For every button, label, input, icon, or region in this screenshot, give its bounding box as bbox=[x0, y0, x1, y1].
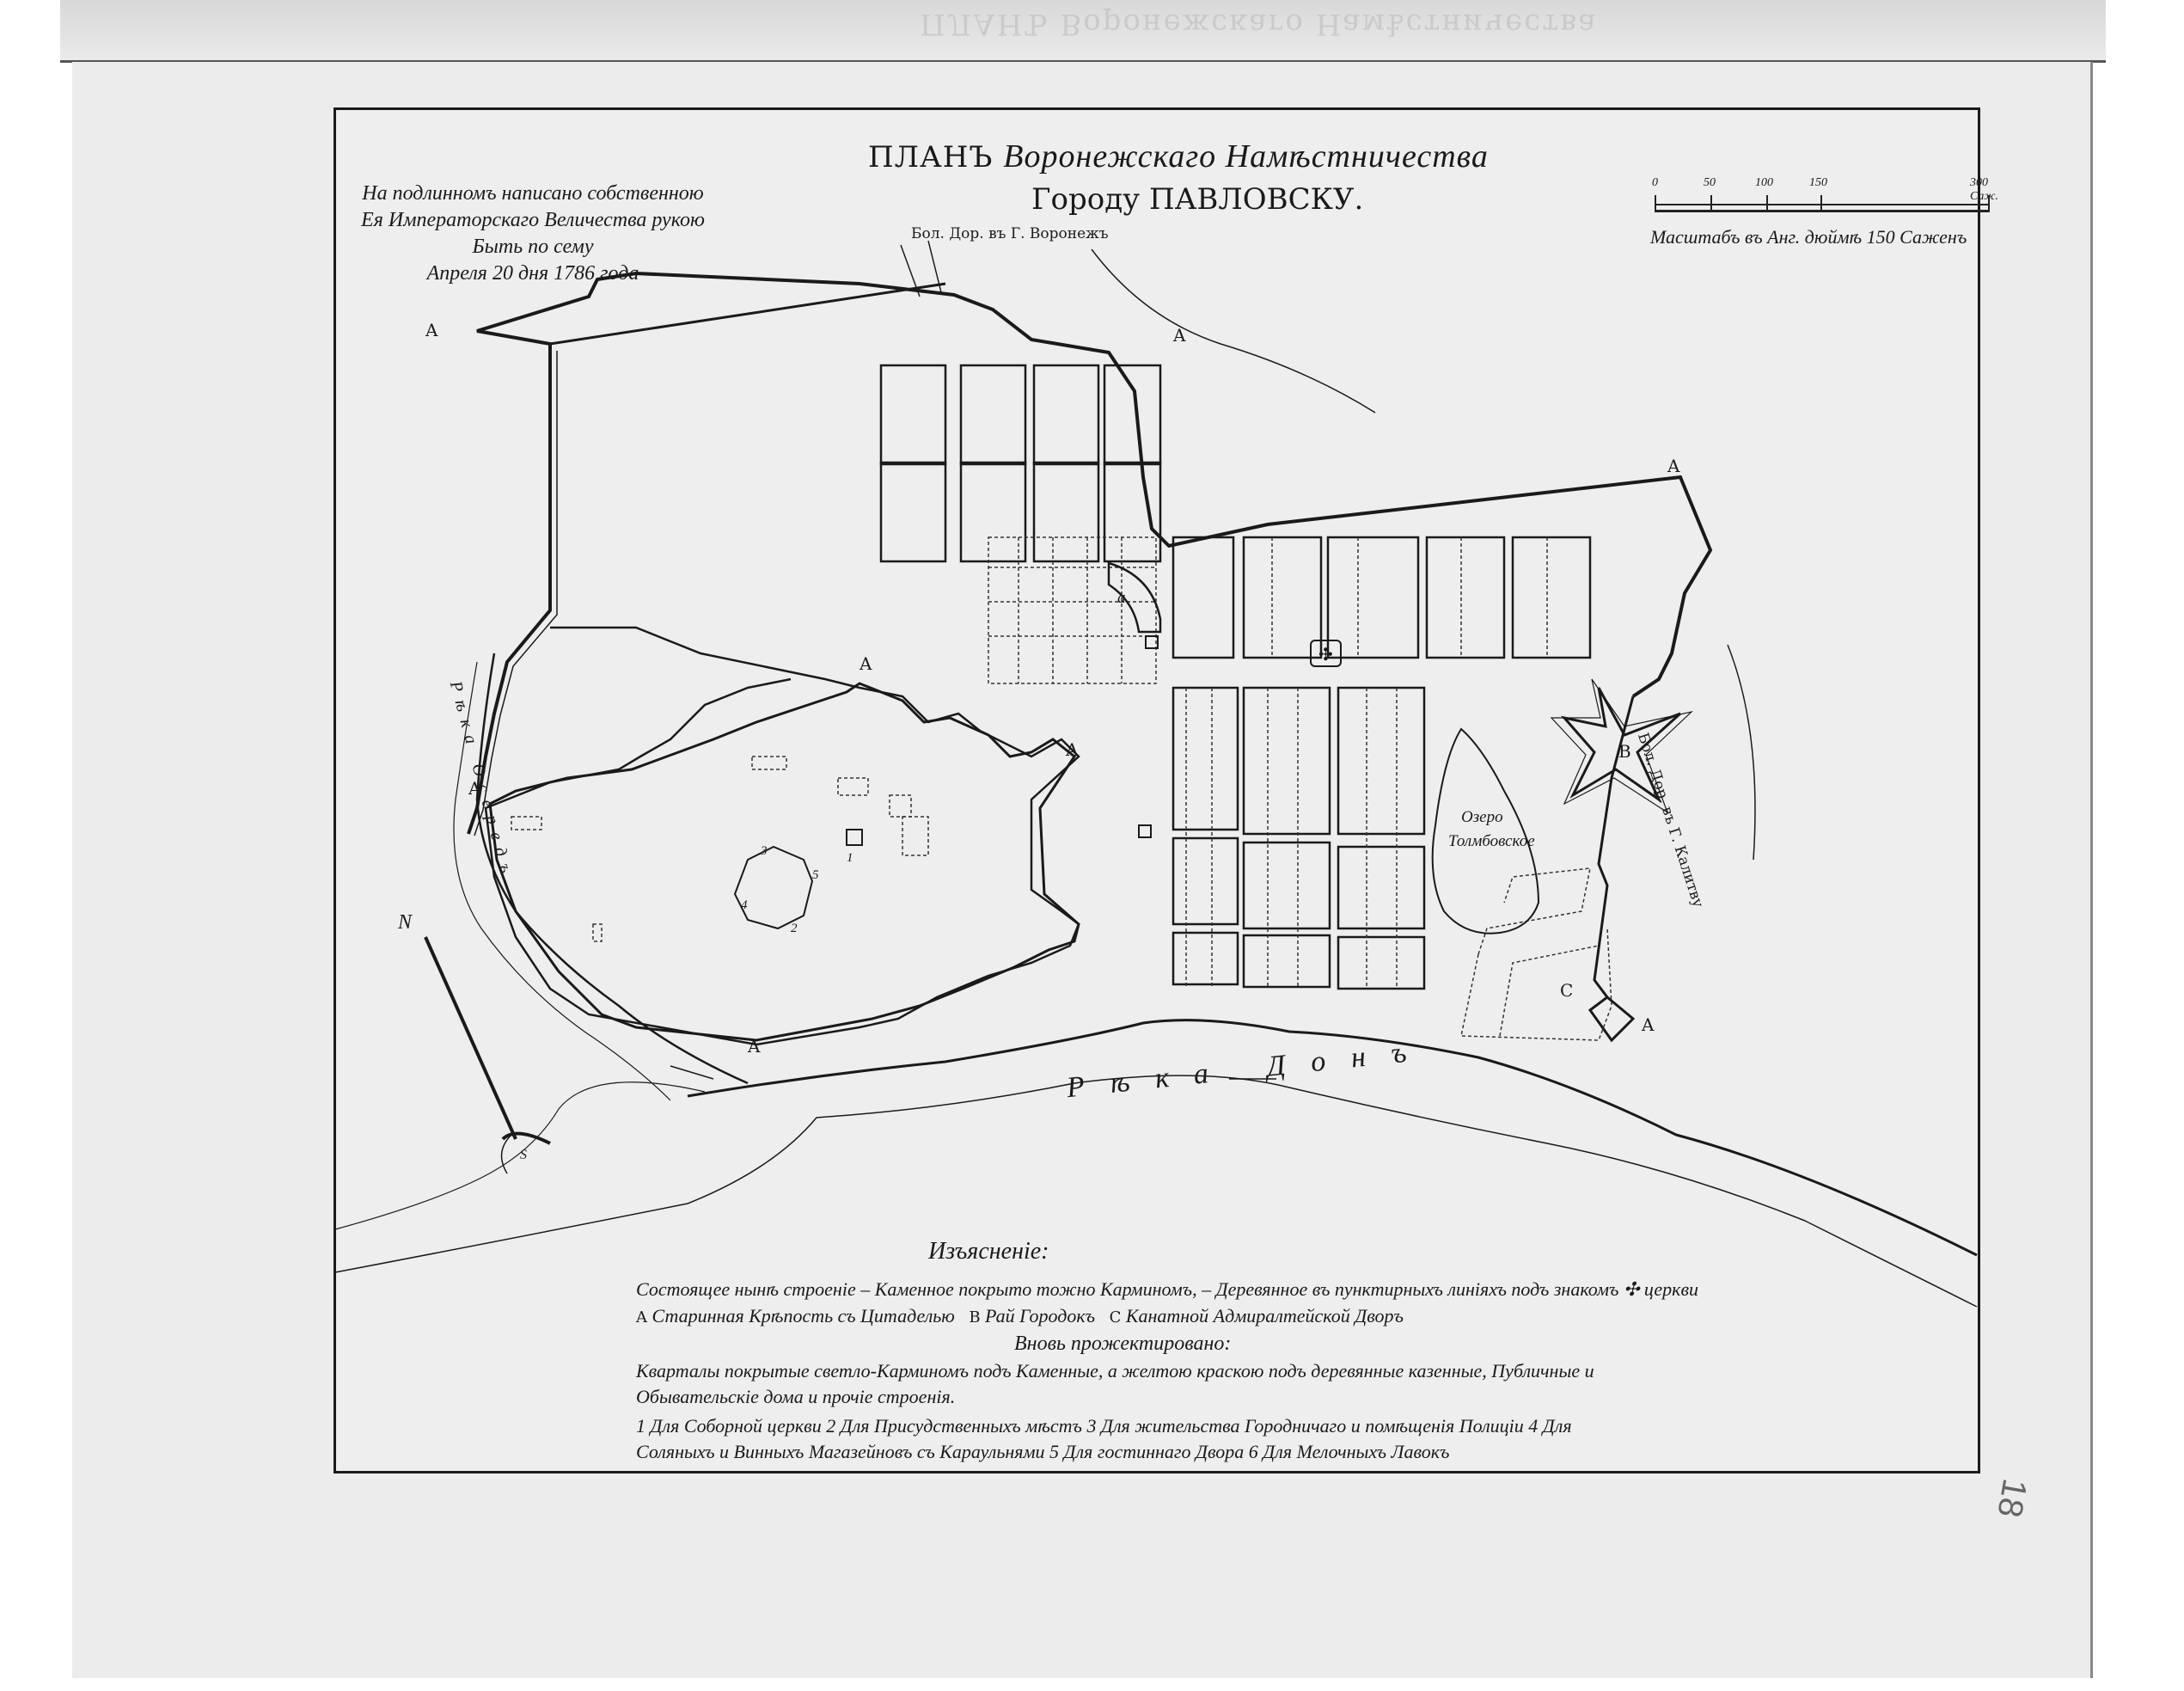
legend-numbered-line: 1 Для Соборной церкви 2 Для Присудственн… bbox=[636, 1415, 1572, 1437]
building-number: 5 bbox=[812, 868, 819, 883]
fortress-marker-a: A bbox=[1066, 739, 1078, 760]
fortress-marker-a: A bbox=[1642, 1014, 1654, 1035]
scale-bar-line bbox=[1655, 204, 1990, 212]
lake-label-1: Озеро bbox=[1461, 808, 1503, 827]
fortress-wall bbox=[468, 273, 1710, 834]
central-square: ✣ bbox=[1139, 636, 1341, 837]
legend-projected-line: Кварталы покрытые светло-Карминомъ подъ … bbox=[636, 1360, 1594, 1382]
approval-note: На подлинномъ написано собственною Ея Им… bbox=[361, 181, 705, 287]
fortress-marker-a: A bbox=[1173, 325, 1185, 346]
compass-needle-icon bbox=[425, 937, 550, 1173]
legend-heading: Изъясненіе: bbox=[928, 1238, 1049, 1265]
wooden-plots bbox=[511, 537, 1612, 1040]
title-province: Воронежскаго Намѣстничества bbox=[1003, 138, 1489, 175]
legend-letters: A Старинная Крѣпость съ Цитаделью B Рай … bbox=[636, 1305, 1404, 1327]
curved-bastion bbox=[1109, 563, 1160, 632]
point-a-label: а bbox=[1117, 589, 1126, 608]
fortress-marker-a: A bbox=[748, 1036, 760, 1057]
scale-caption: Масштабъ въ Анг. дюймѣ 150 Саженъ bbox=[1650, 226, 1967, 248]
lake-tolmbovskoe bbox=[1433, 729, 1539, 934]
scale-tick-label: 50 bbox=[1704, 176, 1716, 190]
scale-tick-label: 100 bbox=[1755, 176, 1773, 190]
building-number: 2 bbox=[791, 922, 798, 936]
svg-text:✣: ✣ bbox=[1318, 644, 1333, 665]
scale-bar: 0 50 100 150 300 Саж. Масштабъ въ Анг. д… bbox=[1650, 176, 1994, 254]
fortress-marker-a: A bbox=[425, 320, 437, 340]
folio-number: 18 bbox=[1989, 1476, 2034, 1521]
road-kalitva bbox=[1728, 645, 1755, 860]
scale-tick-label: 300 Саж. bbox=[1970, 176, 1998, 204]
fortress-marker-a: A bbox=[468, 778, 480, 799]
lake-label-2: Толмбовское bbox=[1448, 832, 1535, 851]
map-title-line1: ПЛАНЪ Воронежскаго Намѣстничества bbox=[868, 138, 1489, 175]
title-plan-word: ПЛАНЪ bbox=[868, 140, 993, 175]
compass-north-label: N bbox=[398, 911, 412, 934]
town-blocks bbox=[881, 365, 1590, 989]
citadel-wall bbox=[490, 683, 1079, 1040]
compass-south-label: S bbox=[520, 1148, 527, 1163]
admiralty-marker-c: C bbox=[1560, 980, 1573, 1001]
map-title-line2: Городу ПАВЛОВСКУ. bbox=[1031, 182, 1363, 217]
scale-tick-label: 150 bbox=[1809, 176, 1827, 190]
legend-projected-heading: Вновь прожектировано: bbox=[1014, 1333, 1231, 1356]
scale-tick-label: 0 bbox=[1652, 176, 1658, 190]
approval-line: На подлинномъ написано собственною bbox=[361, 181, 705, 207]
approval-line: Быть по сему bbox=[361, 234, 705, 260]
building-number: 4 bbox=[741, 898, 748, 913]
building-number: 1 bbox=[847, 851, 853, 866]
legend-existing: Состоящее нынѣ строеніе – Каменное покры… bbox=[636, 1278, 1698, 1301]
approval-date: Апреля 20 дня 1786 года bbox=[361, 260, 705, 287]
legend-numbered-line: Соляныхъ и Винныхъ Магазейновъ съ Караул… bbox=[636, 1441, 1449, 1463]
building-number: 3 bbox=[761, 844, 768, 859]
approval-line: Ея Императорскаго Величества рукою bbox=[361, 207, 705, 234]
road-label-voronezh: Бол. Дор. въ Г. Воронежъ bbox=[911, 225, 1109, 242]
legend-projected-line: Обывательскіе дома и прочіе строенія. bbox=[636, 1386, 955, 1408]
fortress-marker-a: A bbox=[860, 653, 872, 674]
fortress-marker-a: A bbox=[1667, 456, 1679, 476]
citadel-marker-b: B bbox=[1618, 741, 1631, 762]
